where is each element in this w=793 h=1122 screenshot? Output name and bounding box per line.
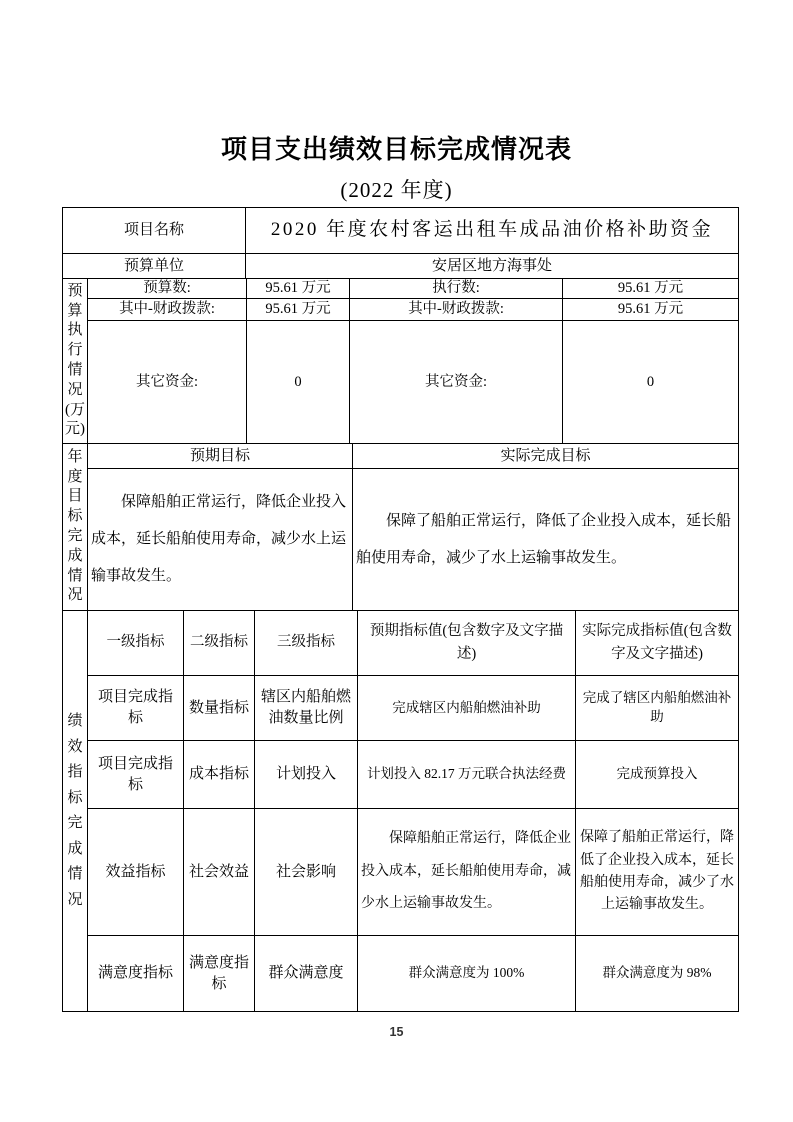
budget-label-cell: 其它资金:: [88, 321, 247, 443]
indicator-row-quantity: 项目完成指标 数量指标 辖区内船舶燃油数量比例 完成辖区内船舶燃油补助 完成了辖…: [88, 676, 738, 741]
expected-target-text: 保障船舶正常运行，降低企业投入成本，延长船舶使用寿命，减少水上运输事故发生。: [91, 484, 349, 594]
indicator-level2-cell: 满意度指标: [184, 936, 255, 1011]
indicator-actual-cell: 保障了船舶正常运行，降低了企业投入成本，延长船舶使用寿命，减少了水上运输事故发生…: [576, 809, 738, 935]
budget-row: 其中-财政拨款: 95.61 万元 其中-财政拨款: 95.61 万元: [88, 299, 738, 321]
indicator-expected-cell: 保障船舶正常运行，降低企业投入成本，延长船舶使用寿命，减少水上运输事故发生。: [358, 809, 576, 935]
benefit-actual-text: 保障了船舶正常运行，降低了企业投入成本，延长船舶使用寿命，减少了水上运输事故发生…: [579, 827, 735, 917]
indicator-level3-cell: 群众满意度: [255, 936, 358, 1011]
execution-label-cell: 执行数:: [350, 279, 563, 298]
indicator-actual-cell: 群众满意度为 98%: [576, 936, 738, 1011]
budget-execution-section: 预 算 执 行 情 况 (万 元) 预算数: 95.61 万元 执行数: 95.…: [63, 279, 738, 444]
indicator-expected-cell: 群众满意度为 100%: [358, 936, 576, 1011]
annual-content-row: 保障船舶正常运行，降低企业投入成本，延长船舶使用寿命，减少水上运输事故发生。 保…: [88, 469, 738, 610]
header-level3: 三级指标: [255, 611, 358, 675]
project-name-label: 项目名称: [63, 208, 246, 253]
page-number: 15: [0, 1025, 793, 1039]
project-name-value: 2020 年度农村客运出租车成品油价格补助资金: [246, 208, 738, 253]
budget-label-cell: 预算数:: [88, 279, 247, 298]
header-level1: 一级指标: [88, 611, 184, 675]
execution-label-cell: 其中-财政拨款:: [350, 299, 563, 320]
performance-table: 项目名称 2020 年度农村客运出租车成品油价格补助资金 预算单位 安居区地方海…: [62, 207, 739, 1012]
indicator-expected-cell: 完成辖区内船舶燃油补助: [358, 676, 576, 740]
indicator-row-cost: 项目完成指标 成本指标 计划投入 计划投入 82.17 万元联合执法经费 完成预…: [88, 741, 738, 809]
indicator-section-side-label: 绩 效 指 标 完 成 情 况: [63, 611, 88, 1011]
indicator-section-body: 一级指标 二级指标 三级指标 预期指标值(包含数字及文字描述) 实际完成指标值(…: [88, 611, 738, 1011]
budget-row: 其它资金: 0 其它资金: 0: [88, 321, 738, 443]
indicator-section: 绩 效 指 标 完 成 情 况 一级指标 二级指标 三级指标 预期指标值(包含数…: [63, 611, 738, 1011]
budget-value-cell: 95.61 万元: [247, 299, 350, 320]
header-actual-value: 实际完成指标值(包含数字及文字描述): [576, 611, 738, 675]
annual-section-body: 预期目标 实际完成目标 保障船舶正常运行，降低企业投入成本，延长船舶使用寿命，减…: [88, 444, 738, 610]
execution-value-cell: 95.61 万元: [563, 299, 738, 320]
annual-target-section: 年 度 目 标 完 成 情 况 预期目标 实际完成目标 保障船舶正常运行，降低企…: [63, 444, 738, 611]
expected-target-header: 预期目标: [88, 444, 353, 468]
actual-target-text: 保障了船舶正常运行，降低了企业投入成本，延长船舶使用寿命，减少了水上运输事故发生…: [356, 503, 735, 577]
indicator-level3-cell: 计划投入: [255, 741, 358, 808]
document-title: 项目支出绩效目标完成情况表: [0, 129, 793, 166]
indicator-level1-cell: 项目完成指标: [88, 676, 184, 740]
indicator-header-row: 一级指标 二级指标 三级指标 预期指标值(包含数字及文字描述) 实际完成指标值(…: [88, 611, 738, 676]
budget-section-body: 预算数: 95.61 万元 执行数: 95.61 万元 其中-财政拨款: 95.…: [88, 279, 738, 443]
indicator-level2-cell: 数量指标: [184, 676, 255, 740]
indicator-expected-cell: 计划投入 82.17 万元联合执法经费: [358, 741, 576, 808]
execution-value-cell: 95.61 万元: [563, 279, 738, 298]
indicator-actual-cell: 完成了辖区内船舶燃油补助: [576, 676, 738, 740]
actual-target-cell: 保障了船舶正常运行，降低了企业投入成本，延长船舶使用寿命，减少了水上运输事故发生…: [353, 469, 738, 610]
indicator-level1-cell: 项目完成指标: [88, 741, 184, 808]
indicator-level1-cell: 效益指标: [88, 809, 184, 935]
indicator-row-satisfaction: 满意度指标 满意度指标 群众满意度 群众满意度为 100% 群众满意度为 98%: [88, 936, 738, 1011]
document-page: 项目支出绩效目标完成情况表 (2022 年度) 项目名称 2020 年度农村客运…: [0, 0, 793, 1122]
annual-header-row: 预期目标 实际完成目标: [88, 444, 738, 469]
indicator-actual-cell: 完成预算投入: [576, 741, 738, 808]
indicator-level2-cell: 社会效益: [184, 809, 255, 935]
header-expected-value: 预期指标值(包含数字及文字描述): [358, 611, 576, 675]
budget-section-side-label: 预 算 执 行 情 况 (万 元): [63, 279, 88, 443]
indicator-level1-cell: 满意度指标: [88, 936, 184, 1011]
benefit-expected-text: 保障船舶正常运行，降低企业投入成本，延长船舶使用寿命，减少水上运输事故发生。: [361, 823, 572, 922]
expected-target-cell: 保障船舶正常运行，降低企业投入成本，延长船舶使用寿命，减少水上运输事故发生。: [88, 469, 353, 610]
budget-unit-label: 预算单位: [63, 254, 246, 278]
budget-value-cell: 0: [247, 321, 350, 443]
indicator-row-benefit: 效益指标 社会效益 社会影响 保障船舶正常运行，降低企业投入成本，延长船舶使用寿…: [88, 809, 738, 936]
budget-unit-value: 安居区地方海事处: [246, 254, 738, 278]
budget-row: 预算数: 95.61 万元 执行数: 95.61 万元: [88, 279, 738, 299]
budget-label-cell: 其中-财政拨款:: [88, 299, 247, 320]
budget-value-cell: 95.61 万元: [247, 279, 350, 298]
project-name-row: 项目名称 2020 年度农村客运出租车成品油价格补助资金: [63, 208, 738, 254]
annual-section-side-label: 年 度 目 标 完 成 情 况: [63, 444, 88, 610]
execution-value-cell: 0: [563, 321, 738, 443]
indicator-level3-cell: 辖区内船舶燃油数量比例: [255, 676, 358, 740]
indicator-level2-cell: 成本指标: [184, 741, 255, 808]
budget-unit-row: 预算单位 安居区地方海事处: [63, 254, 738, 279]
document-subtitle: (2022 年度): [0, 174, 793, 204]
execution-label-cell: 其它资金:: [350, 321, 563, 443]
actual-target-header: 实际完成目标: [353, 444, 738, 468]
indicator-level3-cell: 社会影响: [255, 809, 358, 935]
header-level2: 二级指标: [184, 611, 255, 675]
